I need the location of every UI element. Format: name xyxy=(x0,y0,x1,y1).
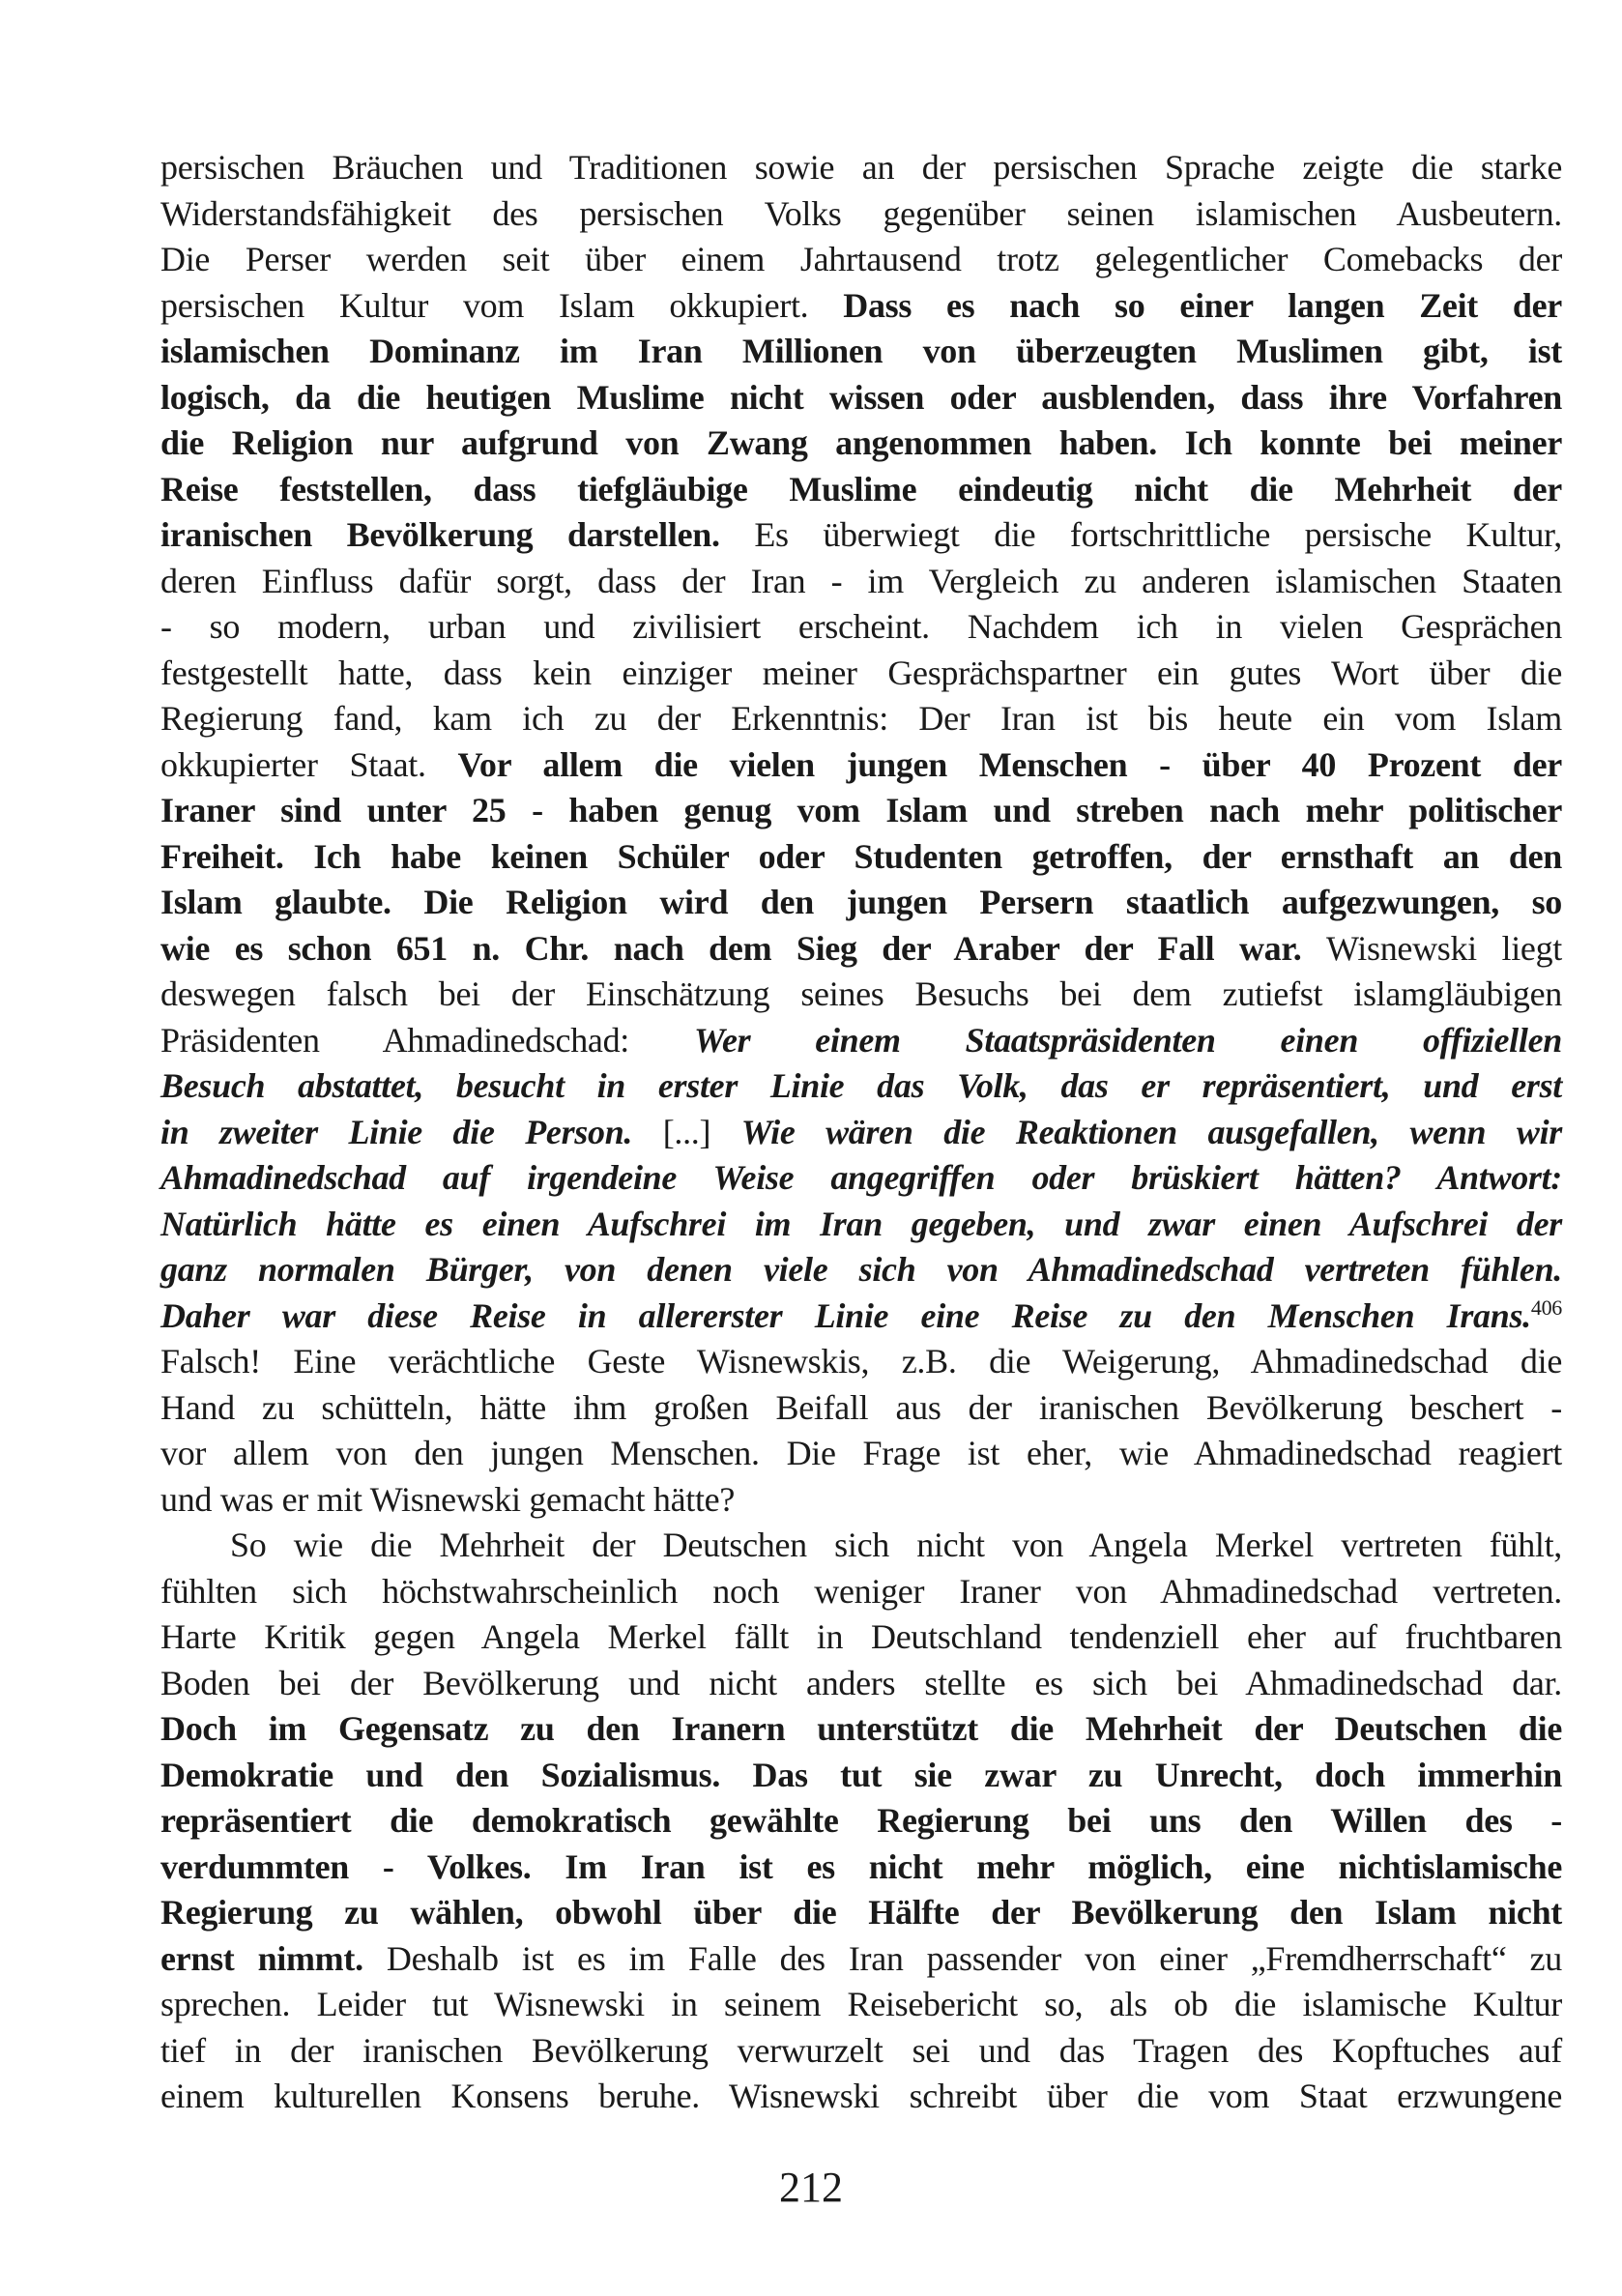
body-text: festgestellt hatte, dass kein einziger m… xyxy=(160,654,1562,692)
text-line: persischen Kultur vom Islam okkupiert. D… xyxy=(160,283,1562,330)
body-text: [...] xyxy=(663,1113,741,1151)
text-line: Islam glaubte. Die Religion wird den jun… xyxy=(160,880,1562,926)
body-text: Falsch! Eine verächtliche Geste Wisnewsk… xyxy=(160,1342,1562,1381)
text-line: persischen Bräuchen und Traditionen sowi… xyxy=(160,145,1562,191)
body-text: Präsidenten Ahmadinedschad: xyxy=(160,1021,694,1060)
body-text: fühlten sich höchstwahrscheinlich noch w… xyxy=(160,1572,1562,1611)
text-line: repräsentiert die demokratisch gewählte … xyxy=(160,1798,1562,1845)
bold-text: Reise feststellen, dass tiefgläubige Mus… xyxy=(160,470,1562,509)
body-text: sprechen. Leider tut Wisnewski in seinem… xyxy=(160,1985,1562,2023)
bold-italic-quote: Natürlich hätte es einen Aufschrei im Ir… xyxy=(160,1205,1562,1243)
text-line: logisch, da die heutigen Muslime nicht w… xyxy=(160,375,1562,421)
text-line: Doch im Gegensatz zu den Iranern unterst… xyxy=(160,1706,1562,1753)
text-line: Ahmadinedschad auf irgendeine Weise ange… xyxy=(160,1155,1562,1202)
footnote-reference: 406 xyxy=(1531,1295,1562,1320)
body-text: deren Einfluss dafür sorgt, dass der Ira… xyxy=(160,562,1562,600)
page-number: 212 xyxy=(0,2164,1622,2212)
bold-italic-quote: Wie wären die Reaktionen ausgefallen, we… xyxy=(741,1113,1562,1151)
body-text: So wie die Mehrheit der Deutschen sich n… xyxy=(230,1526,1562,1564)
body-text: deswegen falsch bei der Einschätzung sei… xyxy=(160,974,1562,1013)
text-line: - so modern, urban und zivilisiert ersch… xyxy=(160,604,1562,651)
bold-italic-quote: Besuch abstattet, besucht in erster Lini… xyxy=(160,1066,1562,1105)
body-text: Widerstandsfähigkeit des persischen Volk… xyxy=(160,194,1562,233)
body-text: Harte Kritik gegen Angela Merkel fällt i… xyxy=(160,1617,1562,1656)
text-line: deswegen falsch bei der Einschätzung sei… xyxy=(160,972,1562,1018)
bold-italic-quote: ganz normalen Bürger, von denen viele si… xyxy=(160,1250,1562,1289)
body-text: Die Perser werden seit über einem Jahrta… xyxy=(160,240,1562,278)
bold-italic-quote: Wer einem Staatspräsidenten einen offizi… xyxy=(694,1021,1562,1060)
text-line: Die Perser werden seit über einem Jahrta… xyxy=(160,237,1562,283)
bold-italic-quote: in zweiter Linie die Person. xyxy=(160,1113,663,1151)
bold-text: verdummten - Volkes. Im Iran ist es nich… xyxy=(160,1847,1562,1886)
text-line: Regierung zu wählen, obwohl über die Häl… xyxy=(160,1890,1562,1936)
bold-text: Vor allem die vielen jungen Menschen - ü… xyxy=(457,745,1562,784)
text-line: sprechen. Leider tut Wisnewski in seinem… xyxy=(160,1982,1562,2028)
text-line: ganz normalen Bürger, von denen viele si… xyxy=(160,1247,1562,1293)
text-line: Regierung fand, kam ich zu der Erkenntni… xyxy=(160,696,1562,742)
bold-text: Regierung zu wählen, obwohl über die Häl… xyxy=(160,1893,1562,1932)
text-line: Daher war diese Reise in allererster Lin… xyxy=(160,1293,1562,1340)
bold-text: repräsentiert die demokratisch gewählte … xyxy=(160,1801,1562,1840)
body-text: und was er mit Wisnewski gemacht hätte? xyxy=(160,1480,735,1519)
text-line: einem kulturellen Konsens beruhe. Wisnew… xyxy=(160,2074,1562,2120)
text-line: Hand zu schütteln, hätte ihm großen Beif… xyxy=(160,1385,1562,1432)
body-text: persischen Kultur vom Islam okkupiert. xyxy=(160,286,843,325)
text-line: deren Einfluss dafür sorgt, dass der Ira… xyxy=(160,559,1562,605)
body-text: Es überwiegt die fortschrittliche persis… xyxy=(754,515,1562,554)
body-text: Hand zu schütteln, hätte ihm großen Beif… xyxy=(160,1388,1562,1427)
text-line: die Religion nur aufgrund von Zwang ange… xyxy=(160,421,1562,467)
text-line: ernst nimmt. Deshalb ist es im Falle des… xyxy=(160,1936,1562,1983)
text-line: Falsch! Eine verächtliche Geste Wisnewsk… xyxy=(160,1339,1562,1385)
body-text: - so modern, urban und zivilisiert ersch… xyxy=(160,607,1562,646)
text-line: Harte Kritik gegen Angela Merkel fällt i… xyxy=(160,1614,1562,1661)
bold-text: Demokratie und den Sozialismus. Das tut … xyxy=(160,1756,1562,1794)
text-line: und was er mit Wisnewski gemacht hätte? xyxy=(160,1477,1562,1524)
text-line: iranischen Bevölkerung darstellen. Es üb… xyxy=(160,512,1562,559)
bold-italic-quote: Daher war diese Reise in allererster Lin… xyxy=(160,1296,1531,1335)
text-line: Besuch abstattet, besucht in erster Lini… xyxy=(160,1063,1562,1110)
body-text: Boden bei der Bevölkerung und nicht ande… xyxy=(160,1664,1562,1702)
text-line: verdummten - Volkes. Im Iran ist es nich… xyxy=(160,1845,1562,1891)
body-text: Wisnewski liegt xyxy=(1326,929,1562,968)
text-line: Natürlich hätte es einen Aufschrei im Ir… xyxy=(160,1202,1562,1248)
text-line: vor allem von den jungen Menschen. Die F… xyxy=(160,1431,1562,1477)
body-text: Deshalb ist es im Falle des Iran passend… xyxy=(387,1939,1562,1978)
bold-text: die Religion nur aufgrund von Zwang ange… xyxy=(160,423,1562,462)
text-line: fühlten sich höchstwahrscheinlich noch w… xyxy=(160,1569,1562,1615)
bold-text: Islam glaubte. Die Religion wird den jun… xyxy=(160,883,1562,921)
text-line: wie es schon 651 n. Chr. nach dem Sieg d… xyxy=(160,926,1562,973)
body-text: vor allem von den jungen Menschen. Die F… xyxy=(160,1434,1562,1472)
body-text: tief in der iranischen Bevölkerung verwu… xyxy=(160,2031,1562,2070)
bold-text: iranischen Bevölkerung darstellen. xyxy=(160,515,754,554)
bold-text: logisch, da die heutigen Muslime nicht w… xyxy=(160,378,1562,417)
text-line: Boden bei der Bevölkerung und nicht ande… xyxy=(160,1661,1562,1707)
body-text: Regierung fand, kam ich zu der Erkenntni… xyxy=(160,699,1562,738)
bold-italic-quote: Ahmadinedschad auf irgendeine Weise ange… xyxy=(160,1158,1562,1197)
text-line: in zweiter Linie die Person. [...] Wie w… xyxy=(160,1110,1562,1156)
bold-text: Dass es nach so einer langen Zeit der xyxy=(843,286,1562,325)
body-text: okkupierter Staat. xyxy=(160,745,457,784)
bold-text: islamischen Dominanz im Iran Millionen v… xyxy=(160,332,1562,370)
bold-text: Freiheit. Ich habe keinen Schüler oder S… xyxy=(160,837,1562,876)
text-line: Demokratie und den Sozialismus. Das tut … xyxy=(160,1753,1562,1799)
body-text: einem kulturellen Konsens beruhe. Wisnew… xyxy=(160,2077,1562,2115)
text-line: Reise feststellen, dass tiefgläubige Mus… xyxy=(160,467,1562,513)
bold-text: ernst nimmt. xyxy=(160,1939,387,1978)
text-line: tief in der iranischen Bevölkerung verwu… xyxy=(160,2028,1562,2075)
bold-text: wie es schon 651 n. Chr. nach dem Sieg d… xyxy=(160,929,1326,968)
page-body-text: persischen Bräuchen und Traditionen sowi… xyxy=(160,145,1562,2120)
text-line: Iraner sind unter 25 - haben genug vom I… xyxy=(160,788,1562,834)
text-line: Freiheit. Ich habe keinen Schüler oder S… xyxy=(160,834,1562,881)
text-line: So wie die Mehrheit der Deutschen sich n… xyxy=(160,1523,1562,1569)
body-text: persischen Bräuchen und Traditionen sowi… xyxy=(160,148,1562,187)
text-line: okkupierter Staat. Vor allem die vielen … xyxy=(160,742,1562,789)
text-line: islamischen Dominanz im Iran Millionen v… xyxy=(160,329,1562,375)
bold-text: Iraner sind unter 25 - haben genug vom I… xyxy=(160,791,1562,829)
text-line: Widerstandsfähigkeit des persischen Volk… xyxy=(160,191,1562,238)
text-line: Präsidenten Ahmadinedschad: Wer einem St… xyxy=(160,1018,1562,1064)
text-line: festgestellt hatte, dass kein einziger m… xyxy=(160,651,1562,697)
bold-text: Doch im Gegensatz zu den Iranern unterst… xyxy=(160,1709,1562,1748)
